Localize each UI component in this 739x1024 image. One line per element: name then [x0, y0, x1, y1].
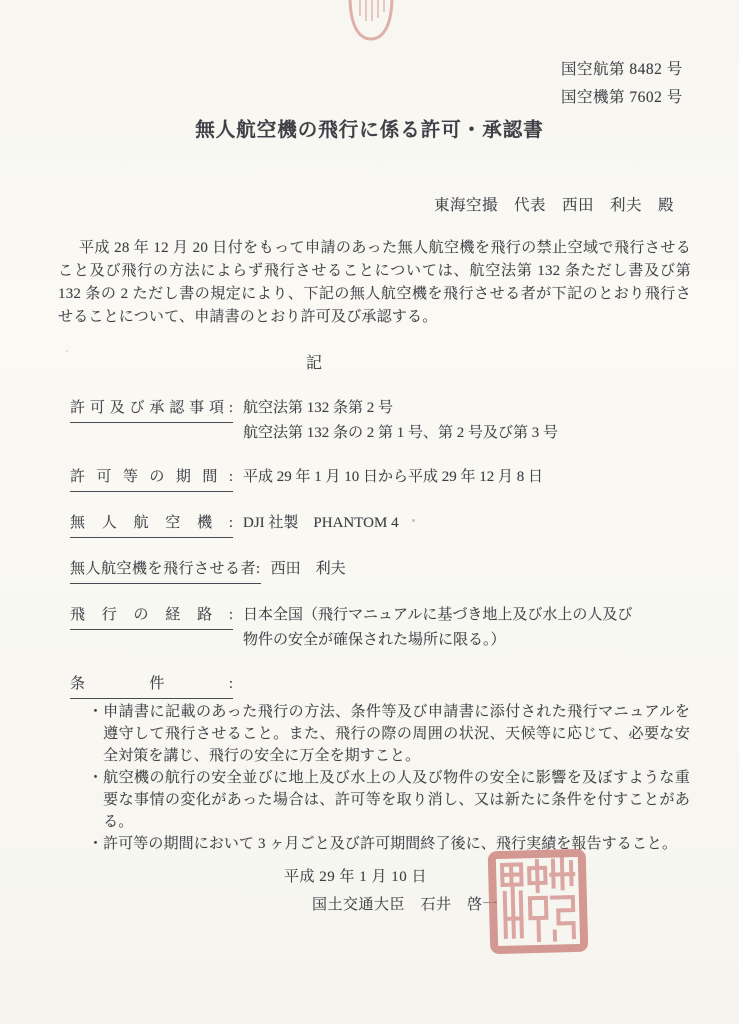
condition-text: 許可等の期間において 3 ヶ月ごと及び許可期間終了後に、飛行実績を報告すること。 — [103, 833, 690, 855]
bullet-marker: ・ — [88, 767, 103, 833]
minister-seal-stamp-icon — [487, 848, 589, 956]
document-page: 国空航第 8482 号 国空機第 7602 号 無人航空機の飛行に係る許可・承認… — [0, 0, 739, 1024]
condition-item: ・ 許可等の期間において 3 ヶ月ごと及び許可期間終了後に、飛行実績を報告するこ… — [88, 833, 690, 855]
scan-speck — [412, 519, 415, 522]
item-value: 日本全国（飛行マニュアルに基づき地上及び水上の人及び — [243, 603, 690, 628]
scan-speck — [418, 246, 420, 248]
item-row: 無人航空機を飛行させる者: 西田 利夫 — [70, 557, 690, 584]
item-row: 飛行の経路: 日本全国（飛行マニュアルに基づき地上及び水上の人及び 物件の安全が… — [70, 603, 690, 653]
item-label: 許可等の期間: — [70, 465, 233, 492]
item-value: 西田 利夫 — [271, 557, 690, 582]
condition-text: 申請書に記載のあった飛行の方法、条件等及び申請書に添付された飛行マニュアルを遵守… — [103, 701, 690, 767]
condition-item: ・ 航空機の航行の安全並びに地上及び水上の人及び物件の安全に影響を及ぼすような重… — [88, 767, 690, 833]
item-label: 無人航空機: — [70, 511, 233, 538]
item-value: 航空法第 132 条第 2 号 — [243, 396, 690, 421]
item-value: DJI 社製 PHANTOM 4 — [243, 511, 690, 536]
item-label: 無人航空機を飛行させる者: — [70, 557, 261, 584]
item-row: 許可及び承認事項: 航空法第 132 条第 2 号 航空法第 132 条の 2 … — [70, 396, 690, 446]
condition-item: ・ 申請書に記載のあった飛行の方法、条件等及び申請書に添付された飛行マニュアルを… — [88, 701, 690, 767]
item-row: 無人航空機: DJI 社製 PHANTOM 4 — [70, 511, 690, 538]
item-value: 物件の安全が確保された場所に限る。） — [243, 628, 690, 653]
issue-date: 平成 29 年 1 月 10 日 — [284, 865, 427, 886]
doc-number-block: 国空航第 8482 号 国空機第 7602 号 — [561, 56, 683, 112]
addressee: 東海空撮 代表 西田 利夫 殿 — [434, 193, 674, 215]
scan-speck — [66, 350, 68, 352]
doc-number-machine: 国空機第 7602 号 — [561, 84, 683, 112]
doc-number-air: 国空航第 8482 号 — [561, 56, 683, 84]
conditions-label: 条件: — [70, 672, 233, 699]
condition-text: 航空機の航行の安全並びに地上及び水上の人及び物件の安全に影響を及ぼすような重要な… — [103, 767, 690, 833]
conditions-label-row: 条件: — [70, 672, 690, 699]
body-paragraph: 平成 28 年 12 月 20 日付をもって申請のあった無人航空機を飛行の禁止空… — [58, 237, 691, 329]
document-title: 無人航空機の飛行に係る許可・承認書 — [0, 114, 739, 142]
top-partial-stamp-icon — [346, 0, 396, 46]
item-value: 航空法第 132 条の 2 第 1 号、第 2 号及び第 3 号 — [243, 421, 690, 446]
item-value: 平成 29 年 1 月 10 日から平成 29 年 12 月 8 日 — [243, 465, 690, 490]
permit-items: 許可及び承認事項: 航空法第 132 条第 2 号 航空法第 132 条の 2 … — [70, 396, 690, 855]
item-label: 許可及び承認事項: — [70, 396, 233, 423]
bullet-marker: ・ — [88, 701, 103, 767]
conditions-list: ・ 申請書に記載のあった飛行の方法、条件等及び申請書に添付された飛行マニュアルを… — [70, 701, 690, 855]
minister-signature: 国土交通大臣 石井 啓一 — [312, 893, 498, 914]
bullet-marker: ・ — [88, 833, 103, 855]
record-marker: 記 — [306, 350, 322, 373]
item-row: 許可等の期間: 平成 29 年 1 月 10 日から平成 29 年 12 月 8… — [70, 465, 690, 492]
item-label: 飛行の経路: — [70, 603, 233, 630]
